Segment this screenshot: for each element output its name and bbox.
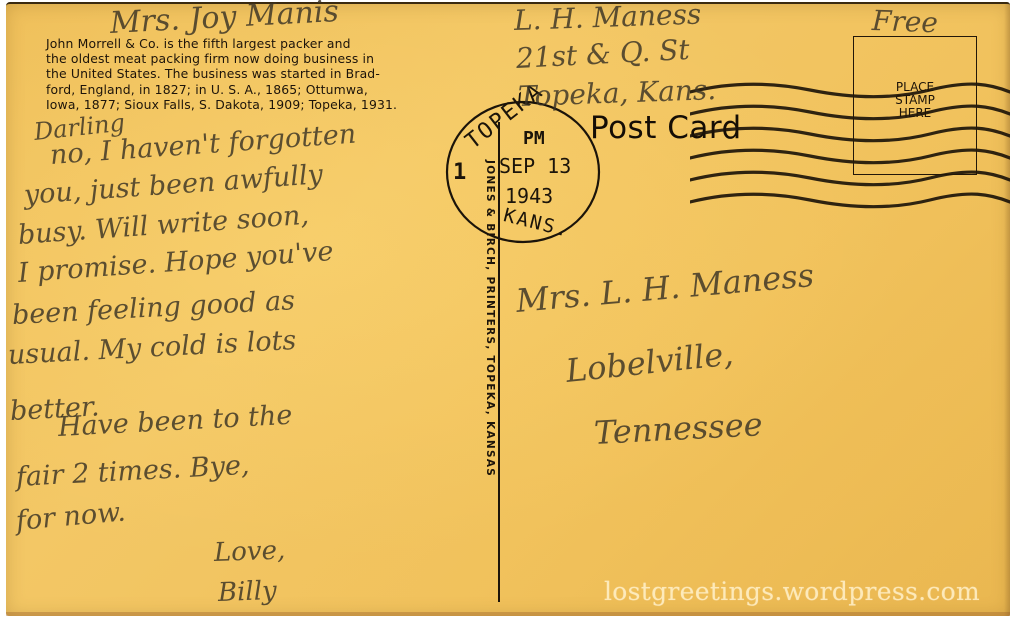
handwritten-free-mark: Free [871, 4, 938, 39]
blurb-line: ford, England, in 1827; in U. S. A., 186… [46, 82, 482, 97]
message-closing: Love, [213, 536, 285, 568]
postmark-year: 1943 [505, 184, 553, 208]
return-address-line: L. H. Maness [513, 0, 701, 37]
blurb-line: the oldest meat packing firm now doing b… [46, 51, 482, 66]
blurb-line: the United States. The business was star… [46, 66, 482, 81]
place-stamp-box: PLACE STAMP HERE [853, 36, 977, 175]
postmark: TOPEKA KANS. PM SEP 13 1943 1 [443, 96, 603, 246]
postmark-number: 1 [453, 160, 466, 185]
postmark-time: PM [523, 128, 545, 149]
stamp-label: PLACE STAMP HERE [854, 81, 976, 120]
watermark: lostgreetings.wordpress.com [604, 577, 980, 606]
card-edge-bottom [6, 612, 1010, 616]
company-blurb: John Morrell & Co. is the fifth largest … [46, 36, 482, 112]
return-address-line: Topeka, Kans. [517, 73, 716, 113]
postmark-date: SEP 13 [499, 154, 571, 178]
message-signature: Billy [217, 576, 277, 608]
stamp-line: HERE [854, 107, 976, 120]
